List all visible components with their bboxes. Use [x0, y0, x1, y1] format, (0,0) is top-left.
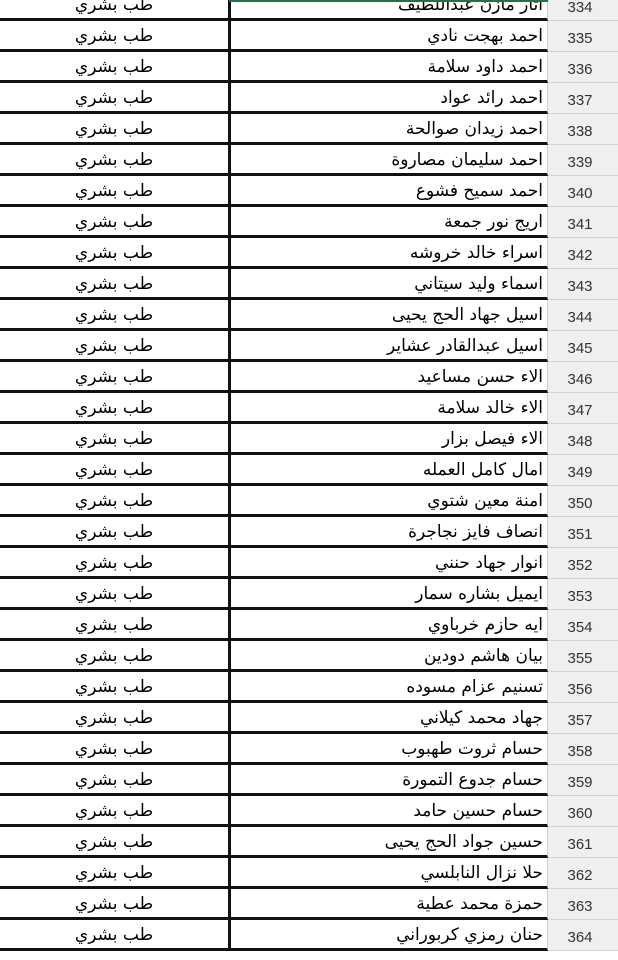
table-row: طب بشرياثار مازن عبداللطيف334: [0, 0, 618, 21]
row-header-number[interactable]: 348: [548, 424, 618, 455]
student-name-cell[interactable]: ايه حازم خرباوي: [228, 610, 548, 641]
row-header-number[interactable]: 342: [548, 238, 618, 269]
table-row: طب بشرياسيل عبدالقادر عشاير345: [0, 331, 618, 362]
specialty-cell[interactable]: طب بشري: [0, 827, 228, 858]
row-header-number[interactable]: 337: [548, 83, 618, 114]
specialty-cell[interactable]: طب بشري: [0, 765, 228, 796]
specialty-cell[interactable]: طب بشري: [0, 52, 228, 83]
student-name-cell[interactable]: انصاف فايز نجاجرة: [228, 517, 548, 548]
specialty-cell[interactable]: طب بشري: [0, 920, 228, 951]
table-row: طب بشرياحمد رائد عواد337: [0, 83, 618, 114]
table-row: طب بشرياحمد زيدان صوالحة338: [0, 114, 618, 145]
specialty-cell[interactable]: طب بشري: [0, 207, 228, 238]
row-header-number[interactable]: 364: [548, 920, 618, 951]
specialty-cell[interactable]: طب بشري: [0, 176, 228, 207]
table-row: طب بشريالاء خالد سلامة347: [0, 393, 618, 424]
row-header-number[interactable]: 361: [548, 827, 618, 858]
row-header-number[interactable]: 360: [548, 796, 618, 827]
student-name-cell[interactable]: ايميل بشاره سمار: [228, 579, 548, 610]
specialty-cell[interactable]: طب بشري: [0, 548, 228, 579]
table-row: طب بشريجهاد محمد كيلاني357: [0, 703, 618, 734]
student-name-cell[interactable]: بيان هاشم دودين: [228, 641, 548, 672]
specialty-cell[interactable]: طب بشري: [0, 269, 228, 300]
table-row: طب بشريحلا نزال النابلسي362: [0, 858, 618, 889]
row-header-number[interactable]: 350: [548, 486, 618, 517]
table-row: طب بشريايه حازم خرباوي354: [0, 610, 618, 641]
specialty-cell[interactable]: طب بشري: [0, 486, 228, 517]
specialty-cell[interactable]: طب بشري: [0, 455, 228, 486]
specialty-cell[interactable]: طب بشري: [0, 672, 228, 703]
student-name-cell[interactable]: احمد داود سلامة: [228, 52, 548, 83]
specialty-cell[interactable]: طب بشري: [0, 424, 228, 455]
row-header-number[interactable]: 359: [548, 765, 618, 796]
specialty-cell[interactable]: طب بشري: [0, 114, 228, 145]
table-row: طب بشريانصاف فايز نجاجرة351: [0, 517, 618, 548]
specialty-cell[interactable]: طب بشري: [0, 517, 228, 548]
row-header-number[interactable]: 336: [548, 52, 618, 83]
specialty-cell[interactable]: طب بشري: [0, 703, 228, 734]
student-name-cell[interactable]: امال كامل العمله: [228, 455, 548, 486]
table-row: طب بشرياحمد داود سلامة336: [0, 52, 618, 83]
specialty-cell[interactable]: طب بشري: [0, 393, 228, 424]
specialty-cell[interactable]: طب بشري: [0, 858, 228, 889]
specialty-cell[interactable]: طب بشري: [0, 0, 228, 21]
row-header-number[interactable]: 363: [548, 889, 618, 920]
table-row: طب بشريحسام جدوع التمورة359: [0, 765, 618, 796]
table-row: طب بشريالاء فيصل بزار348: [0, 424, 618, 455]
table-row: طب بشرياحمد سليمان مصاروة339: [0, 145, 618, 176]
student-name-cell[interactable]: حسام جدوع التمورة: [228, 765, 548, 796]
specialty-cell[interactable]: طب بشري: [0, 362, 228, 393]
row-header-number[interactable]: 346: [548, 362, 618, 393]
student-name-cell[interactable]: اسماء وليد سيتاني: [228, 269, 548, 300]
student-name-cell[interactable]: حمزة محمد عطية: [228, 889, 548, 920]
row-header-number[interactable]: 362: [548, 858, 618, 889]
student-name-cell[interactable]: جهاد محمد كيلاني: [228, 703, 548, 734]
row-header-number[interactable]: 355: [548, 641, 618, 672]
student-name-cell[interactable]: احمد زيدان صوالحة: [228, 114, 548, 145]
student-name-cell[interactable]: حلا نزال النابلسي: [228, 858, 548, 889]
specialty-cell[interactable]: طب بشري: [0, 734, 228, 765]
student-name-cell[interactable]: الاء خالد سلامة: [228, 393, 548, 424]
row-header-number[interactable]: 334: [548, 0, 618, 21]
table-row: طب بشريتسنيم عزام مسوده356: [0, 672, 618, 703]
student-name-cell[interactable]: حسام حسين حامد: [228, 796, 548, 827]
row-header-number[interactable]: 357: [548, 703, 618, 734]
table-row: طب بشريحمزة محمد عطية363: [0, 889, 618, 920]
table-row: طب بشريالاء حسن مساعيد346: [0, 362, 618, 393]
specialty-cell[interactable]: طب بشري: [0, 796, 228, 827]
student-name-cell[interactable]: حسام ثروت طهبوب: [228, 734, 548, 765]
row-header-number[interactable]: 352: [548, 548, 618, 579]
table-row: طب بشرياسراء خالد خروشه342: [0, 238, 618, 269]
table-row: طب بشريايميل بشاره سمار353: [0, 579, 618, 610]
specialty-cell[interactable]: طب بشري: [0, 641, 228, 672]
row-header-number[interactable]: 343: [548, 269, 618, 300]
student-name-cell[interactable]: اسيل عبدالقادر عشاير: [228, 331, 548, 362]
specialty-cell[interactable]: طب بشري: [0, 83, 228, 114]
specialty-cell[interactable]: طب بشري: [0, 610, 228, 641]
student-name-cell[interactable]: حنان رمزي كربوراني: [228, 920, 548, 951]
row-header-number[interactable]: 344: [548, 300, 618, 331]
table-row: طب بشريانوار جهاد حنني352: [0, 548, 618, 579]
student-name-cell[interactable]: انوار جهاد حنني: [228, 548, 548, 579]
row-header-number[interactable]: 353: [548, 579, 618, 610]
table-row: طب بشريحسام ثروت طهبوب358: [0, 734, 618, 765]
table-row: طب بشرياحمد بهجت نادي335: [0, 21, 618, 52]
specialty-cell[interactable]: طب بشري: [0, 889, 228, 920]
student-name-cell[interactable]: اثار مازن عبداللطيف: [228, 0, 548, 21]
table-row: طب بشريحنان رمزي كربوراني364: [0, 920, 618, 951]
row-header-number[interactable]: 339: [548, 145, 618, 176]
specialty-cell[interactable]: طب بشري: [0, 579, 228, 610]
spreadsheet-grid: طب بشرياثار مازن عبداللطيف334طب بشرياحمد…: [0, 0, 618, 951]
row-header-number[interactable]: 338: [548, 114, 618, 145]
row-header-number[interactable]: 347: [548, 393, 618, 424]
student-name-cell[interactable]: احمد رائد عواد: [228, 83, 548, 114]
student-name-cell[interactable]: احمد سليمان مصاروة: [228, 145, 548, 176]
student-name-cell[interactable]: احمد بهجت نادي: [228, 21, 548, 52]
specialty-cell[interactable]: طب بشري: [0, 145, 228, 176]
selected-cell-border: [229, 0, 548, 2]
table-row: طب بشريامنة معين شتوي350: [0, 486, 618, 517]
row-header-number[interactable]: 349: [548, 455, 618, 486]
row-header-number[interactable]: 351: [548, 517, 618, 548]
table-row: طب بشرياسيل جهاد الحج يحيى344: [0, 300, 618, 331]
table-row: طب بشريحسام حسين حامد360: [0, 796, 618, 827]
student-name-cell[interactable]: احمد سميح فشوع: [228, 176, 548, 207]
specialty-cell[interactable]: طب بشري: [0, 238, 228, 269]
row-header-number[interactable]: 341: [548, 207, 618, 238]
student-name-cell[interactable]: تسنيم عزام مسوده: [228, 672, 548, 703]
student-name-cell[interactable]: الاء حسن مساعيد: [228, 362, 548, 393]
student-name-cell[interactable]: اسيل جهاد الحج يحيى: [228, 300, 548, 331]
student-name-cell[interactable]: حسين جواد الحج يحيى: [228, 827, 548, 858]
row-header-number[interactable]: 335: [548, 21, 618, 52]
specialty-cell[interactable]: طب بشري: [0, 21, 228, 52]
row-header-number[interactable]: 354: [548, 610, 618, 641]
student-name-cell[interactable]: اريج نور جمعة: [228, 207, 548, 238]
student-name-cell[interactable]: امنة معين شتوي: [228, 486, 548, 517]
row-header-number[interactable]: 356: [548, 672, 618, 703]
row-header-number[interactable]: 345: [548, 331, 618, 362]
specialty-cell[interactable]: طب بشري: [0, 331, 228, 362]
table-row: طب بشرياريج نور جمعة341: [0, 207, 618, 238]
table-row: طب بشرياسماء وليد سيتاني343: [0, 269, 618, 300]
table-row: طب بشرياحمد سميح فشوع340: [0, 176, 618, 207]
student-name-cell[interactable]: الاء فيصل بزار: [228, 424, 548, 455]
specialty-cell[interactable]: طب بشري: [0, 300, 228, 331]
row-header-number[interactable]: 358: [548, 734, 618, 765]
student-name-cell[interactable]: اسراء خالد خروشه: [228, 238, 548, 269]
row-header-number[interactable]: 340: [548, 176, 618, 207]
table-row: طب بشريامال كامل العمله349: [0, 455, 618, 486]
table-row: طب بشريبيان هاشم دودين355: [0, 641, 618, 672]
table-row: طب بشريحسين جواد الحج يحيى361: [0, 827, 618, 858]
